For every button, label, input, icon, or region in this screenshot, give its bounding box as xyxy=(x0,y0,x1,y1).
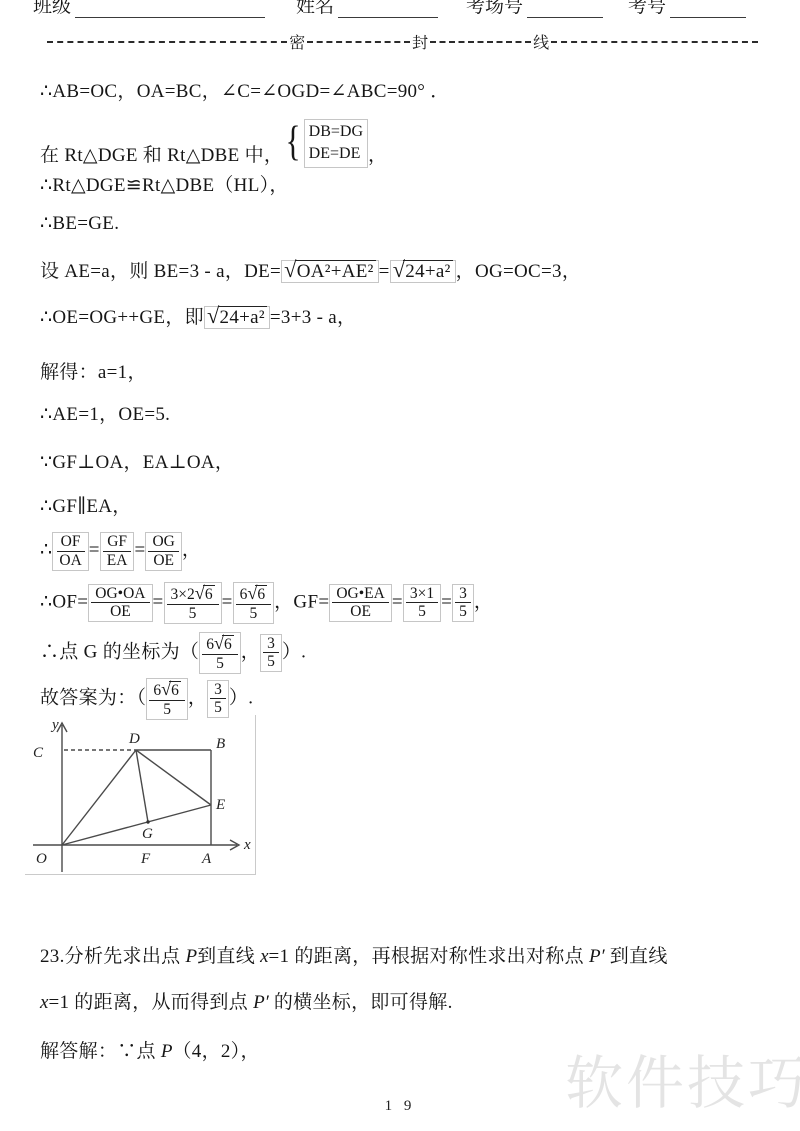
math-text: 故答案为：（ xyxy=(40,687,146,708)
var-p-prime: P′ xyxy=(589,946,605,967)
math-text: = xyxy=(134,540,145,561)
math-text: =3+3 - a， xyxy=(270,307,356,328)
dash-segment xyxy=(551,41,758,43)
point-label-c: C xyxy=(33,745,44,761)
var-p: P xyxy=(161,1041,173,1062)
solution-line-6: ∴OE=OG++GE，即24+a²=3+3 - a， xyxy=(40,302,356,329)
math-text: = xyxy=(153,591,164,612)
math-text: ， xyxy=(474,591,493,612)
math-text: ）. xyxy=(229,687,253,708)
math-text: ∴BE=GE. xyxy=(40,213,119,234)
fraction: 665 xyxy=(199,632,241,674)
point-label-a: A xyxy=(201,851,212,867)
system-eq-1: DB=DG xyxy=(309,121,363,143)
math-text: = xyxy=(89,540,100,561)
header-label-class: 班级 xyxy=(33,0,71,18)
solution-line-4: ∴BE=GE. xyxy=(40,212,119,235)
math-text: ，GF= xyxy=(274,591,329,612)
solution-line-9: ∵GF⊥OA，EA⊥OA， xyxy=(40,447,234,474)
var-p: P xyxy=(186,946,198,967)
math-text: = xyxy=(379,261,390,282)
radical: 24+a² xyxy=(204,306,270,329)
math-text: ∵GF⊥OA，EA⊥OA， xyxy=(40,452,234,473)
system-eq-2: DE=DE xyxy=(309,143,363,165)
radical: 6 xyxy=(247,586,267,603)
math-text: ∴点 G 的坐标为（ xyxy=(40,641,199,662)
radical: 6 xyxy=(214,636,234,653)
math-text: = xyxy=(441,591,452,612)
header-field-examroom: 考场号 xyxy=(466,0,603,18)
fraction: 3×15 xyxy=(403,584,441,623)
math-text: = xyxy=(222,591,233,612)
math-text: 在 Rt△DGE 和 Rt△DBE 中， xyxy=(40,145,283,166)
solution-line-14: 故答案为：（665，35）. xyxy=(40,678,253,720)
math-text: ）. xyxy=(282,641,306,662)
solution-line-10: ∴GF∥EA， xyxy=(40,491,132,518)
fraction: OG•OAOE xyxy=(88,584,152,623)
dash-segment xyxy=(430,41,531,43)
body-text: =1 的距离，从而得到点 xyxy=(48,992,253,1013)
solution-line-12: ∴OF=OG•OAOE=3×265=665，GF=OG•EAOE=3×15=35… xyxy=(40,582,493,624)
geometry-figure-svg: y x O C D B E G F A xyxy=(25,715,255,874)
point-label-f: F xyxy=(140,851,151,867)
blank-underline xyxy=(75,0,265,18)
dash-segment xyxy=(307,41,410,43)
point-label-g: G xyxy=(142,826,153,842)
fraction: 35 xyxy=(207,680,229,719)
axis-label-x: x xyxy=(243,837,251,853)
body-text: 解答解：∵点 xyxy=(40,1041,161,1062)
header-label-examno: 考号 xyxy=(628,0,666,18)
fraction: OG•EAOE xyxy=(329,584,391,623)
header-field-name: 姓名 xyxy=(296,0,438,18)
fraction: GFEA xyxy=(100,532,135,571)
blank-underline xyxy=(670,0,746,18)
document-page: 班级 姓名 考场号 考号 密 封 线 ∴AB=OC，OA=BC，∠C=∠OGD=… xyxy=(0,0,800,1131)
point-label-e: E xyxy=(215,797,225,813)
math-text: 设 AE=a，则 BE=3 - a，DE= xyxy=(40,261,281,282)
math-text: ， xyxy=(182,540,201,561)
fraction: OFOA xyxy=(52,532,88,571)
radical: OA²+AE² xyxy=(281,260,379,283)
header-field-examno: 考号 xyxy=(628,0,746,18)
math-text: ，OG=OC=3， xyxy=(456,261,581,282)
header-label-name: 姓名 xyxy=(296,0,334,18)
point-g-dot xyxy=(146,820,149,823)
body-text: 的横坐标，即可得解. xyxy=(269,992,453,1013)
seal-char-mi: 密 xyxy=(289,30,305,53)
fraction: OGOE xyxy=(145,532,181,571)
fraction: 665 xyxy=(146,678,188,720)
solution-line-13: ∴点 G 的坐标为（665，35）. xyxy=(40,632,306,674)
math-text: ∴GF∥EA， xyxy=(40,496,132,517)
solution-line-7: 解得：a=1， xyxy=(40,357,147,384)
radical: 6 xyxy=(161,682,181,699)
math-text: ， xyxy=(188,687,207,708)
point-label-o: O xyxy=(36,851,47,867)
blank-underline xyxy=(338,0,438,18)
point-label-d: D xyxy=(128,731,140,747)
math-text: ∴AB=OC，OA=BC，∠C=∠OGD=∠ABC=90° ． xyxy=(40,81,450,102)
var-p-prime: P′ xyxy=(253,992,269,1013)
math-text: ∴AE=1，OE=5. xyxy=(40,404,170,425)
solution-line-1: ∴AB=OC，OA=BC，∠C=∠OGD=∠ABC=90° ． xyxy=(40,76,450,103)
blank-underline xyxy=(527,0,603,18)
body-text: 23.分析先求出点 xyxy=(40,946,186,967)
solution-line-3: ∴Rt△DGE≌Rt△DBE（HL）， xyxy=(40,170,289,197)
page-number: 1 9 xyxy=(0,1098,800,1115)
body-text: 到直线 xyxy=(197,946,260,967)
fraction: 35 xyxy=(452,584,474,623)
solution-line-8: ∴AE=1，OE=5. xyxy=(40,399,170,426)
axis-label-y: y xyxy=(50,717,59,733)
solution-line-5: 设 AE=a，则 BE=3 - a，DE=OA²+AE²=24+a²，OG=OC… xyxy=(40,256,581,283)
math-text: ∴Rt△DGE≌Rt△DBE（HL）， xyxy=(40,175,289,196)
sec23-line-3: 解答解：∵点 P（4，2）， xyxy=(40,1036,260,1063)
fraction: 665 xyxy=(233,582,275,624)
point-label-b: B xyxy=(216,736,225,752)
fraction: 35 xyxy=(260,634,282,673)
geometry-figure: y x O C D B E G F A xyxy=(25,715,256,875)
radical: 6 xyxy=(195,586,215,603)
seal-char-feng: 封 xyxy=(412,30,428,53)
body-text: =1 的距离，再根据对称性求出对称点 xyxy=(269,946,589,967)
math-text: ， xyxy=(368,145,387,166)
seal-char-xian: 线 xyxy=(533,30,549,53)
sec23-line-2: x=1 的距离，从而得到点 P′ 的横坐标，即可得解. xyxy=(40,987,453,1014)
math-text: ， xyxy=(241,641,260,662)
math-text: ∴OF= xyxy=(40,591,88,612)
header-field-class: 班级 xyxy=(33,0,265,18)
radical: 24+a² xyxy=(390,260,456,283)
solution-line-11: ∴OFOA=GFEA=OGOE， xyxy=(40,532,201,571)
body-text: 到直线 xyxy=(605,946,668,967)
equation-system: DB=DGDE=DE xyxy=(283,119,368,168)
sec23-line-1: 23.分析先求出点 P到直线 x=1 的距离，再根据对称性求出对称点 P′ 到直… xyxy=(40,941,668,968)
math-text: ∴OE=OG++GE，即 xyxy=(40,307,204,328)
math-text: 解得：a=1， xyxy=(40,362,147,383)
math-text: = xyxy=(392,591,403,612)
math-text: ∴ xyxy=(40,540,52,561)
seal-line: 密 封 线 xyxy=(45,30,760,53)
var-x: x xyxy=(260,946,268,967)
dash-segment xyxy=(47,41,287,43)
body-text: （4，2）， xyxy=(172,1041,259,1062)
fraction: 3×265 xyxy=(164,582,222,624)
header-label-examroom: 考场号 xyxy=(466,0,523,18)
brace-glyph xyxy=(283,124,303,162)
